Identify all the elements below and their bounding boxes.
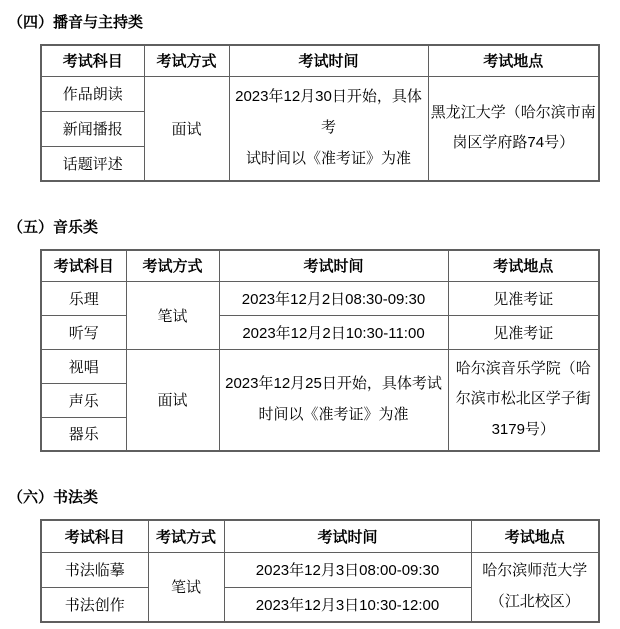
cell-time: 2023年12月30日开始，具体考 试时间以《准考证》为准 — [229, 76, 428, 181]
cell-location: 见准考证 — [448, 315, 599, 349]
col-header-time: 考试时间 — [229, 45, 428, 76]
table-header-row: 考试科目 考试方式 考试时间 考试地点 — [41, 45, 599, 76]
table-header-row: 考试科目 考试方式 考试时间 考试地点 — [41, 250, 599, 281]
col-header-method: 考试方式 — [126, 250, 219, 281]
col-header-method: 考试方式 — [148, 520, 224, 552]
section-heading: （五）音乐类 — [8, 218, 620, 237]
cell-subject: 话题评述 — [41, 146, 144, 181]
cell-time: 2023年12月2日10:30-11:00 — [219, 315, 448, 349]
cell-location: 哈尔滨音乐学院（哈 尔滨市松北区学子街 3179号） — [448, 349, 599, 451]
section-calligraphy: （六）书法类 考试科目 考试方式 考试时间 考试地点 书法临摹 笔试 2023年… — [0, 452, 620, 623]
cell-time: 2023年12月2日08:30-09:30 — [219, 281, 448, 315]
table-row: 书法临摹 笔试 2023年12月3日08:00-09:30 哈尔滨师范大学 （江… — [41, 552, 599, 587]
exam-table-calligraphy: 考试科目 考试方式 考试时间 考试地点 书法临摹 笔试 2023年12月3日08… — [40, 519, 600, 623]
col-header-subject: 考试科目 — [41, 520, 148, 552]
cell-subject: 视唱 — [41, 349, 126, 383]
table-header-row: 考试科目 考试方式 考试时间 考试地点 — [41, 520, 599, 552]
cell-method: 面试 — [126, 349, 219, 451]
table-row: 视唱 面试 2023年12月25日开始，具体考试 时间以《准考证》为准 哈尔滨音… — [41, 349, 599, 383]
col-header-time: 考试时间 — [224, 520, 471, 552]
col-header-subject: 考试科目 — [41, 250, 126, 281]
col-header-location: 考试地点 — [471, 520, 599, 552]
cell-subject: 新闻播报 — [41, 111, 144, 146]
col-header-time: 考试时间 — [219, 250, 448, 281]
table-row: 乐理 笔试 2023年12月2日08:30-09:30 见准考证 — [41, 281, 599, 315]
exam-table-music: 考试科目 考试方式 考试时间 考试地点 乐理 笔试 2023年12月2日08:3… — [40, 249, 600, 452]
cell-time: 2023年12月25日开始，具体考试 时间以《准考证》为准 — [219, 349, 448, 451]
table-row: 听写 2023年12月2日10:30-11:00 见准考证 — [41, 315, 599, 349]
cell-location: 哈尔滨师范大学 （江北校区） — [471, 552, 599, 622]
cell-subject: 听写 — [41, 315, 126, 349]
col-header-method: 考试方式 — [144, 45, 229, 76]
cell-location: 黑龙江大学（哈尔滨市南 岗区学府路74号） — [428, 76, 599, 181]
exam-table-broadcasting: 考试科目 考试方式 考试时间 考试地点 作品朗读 面试 2023年12月30日开… — [40, 44, 600, 182]
cell-time: 2023年12月3日10:30-12:00 — [224, 587, 471, 622]
col-header-location: 考试地点 — [428, 45, 599, 76]
cell-location: 见准考证 — [448, 281, 599, 315]
section-broadcasting-hosting: （四）播音与主持类 考试科目 考试方式 考试时间 考试地点 作品朗读 面试 20… — [0, 0, 620, 182]
table-row: 作品朗读 面试 2023年12月30日开始，具体考 试时间以《准考证》为准 黑龙… — [41, 76, 599, 111]
col-header-subject: 考试科目 — [41, 45, 144, 76]
cell-subject: 乐理 — [41, 281, 126, 315]
cell-subject: 书法创作 — [41, 587, 148, 622]
cell-method: 面试 — [144, 76, 229, 181]
section-heading: （四）播音与主持类 — [8, 13, 620, 32]
cell-subject: 声乐 — [41, 383, 126, 417]
cell-subject: 作品朗读 — [41, 76, 144, 111]
cell-subject: 器乐 — [41, 417, 126, 451]
section-heading: （六）书法类 — [8, 488, 620, 507]
section-music: （五）音乐类 考试科目 考试方式 考试时间 考试地点 乐理 笔试 2023年12… — [0, 182, 620, 452]
cell-method: 笔试 — [148, 552, 224, 622]
cell-time: 2023年12月3日08:00-09:30 — [224, 552, 471, 587]
col-header-location: 考试地点 — [448, 250, 599, 281]
cell-subject: 书法临摹 — [41, 552, 148, 587]
cell-method: 笔试 — [126, 281, 219, 349]
